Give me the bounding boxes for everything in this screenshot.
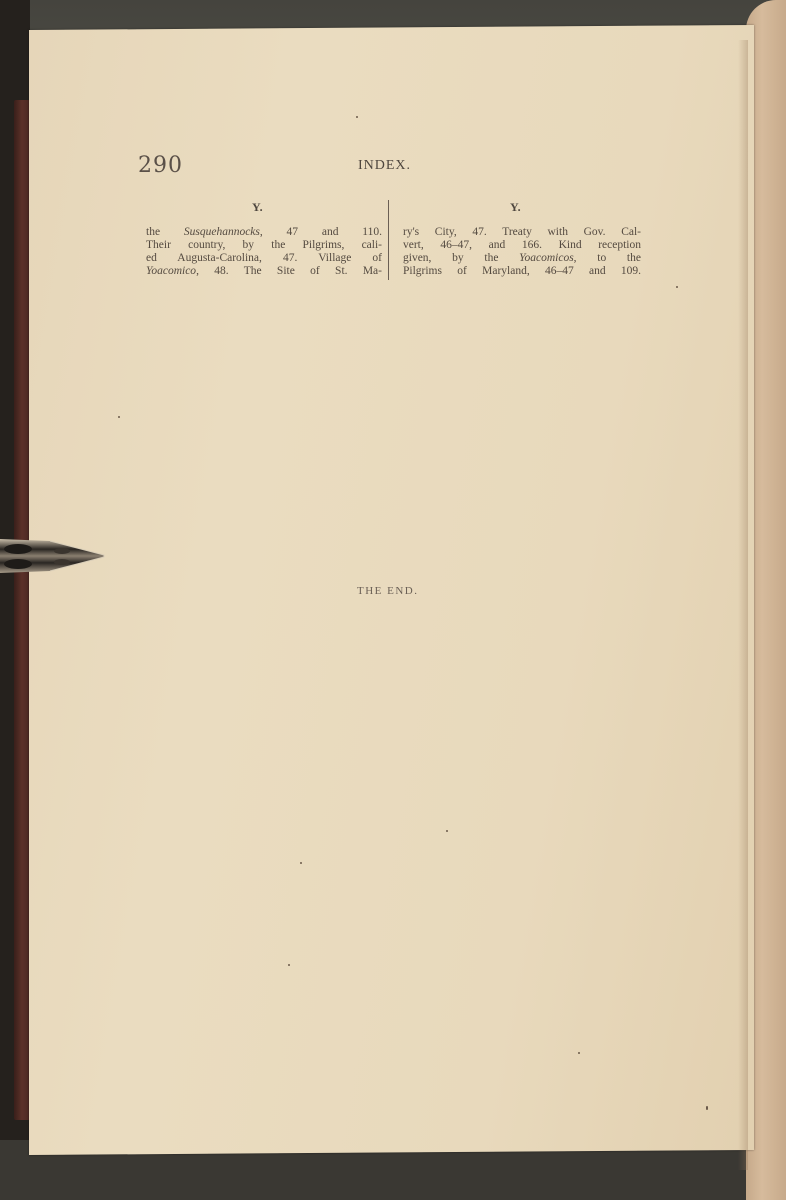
index-letter-right: Y. [510,200,521,215]
page-number: 290 [138,153,183,178]
index-column-left: the Susquehannocks, 47 and 110. Their co… [146,226,382,278]
index-line: Pilgrims of Maryland, 46–47 and 109. [403,265,641,278]
index-line: ed Augusta-Carolina, 47. Village of [146,252,382,265]
paper-speck [118,416,120,418]
index-line: Yoacomico, 48. The Site of St. Ma- [146,265,382,278]
index-line: given, by the Yoacomicos, to the [403,252,641,265]
index-line: Their country, by the Pilgrims, cali- [146,239,382,252]
index-letter-left: Y. [252,200,263,215]
paper-speck [578,1052,580,1054]
index-line: ry's City, 47. Treaty with Gov. Cal- [403,226,641,239]
pen-tip-pointer [0,535,106,577]
paper-speck [288,964,290,966]
paper-speck [356,116,358,118]
paper-speck [300,862,302,864]
index-column-right: ry's City, 47. Treaty with Gov. Cal- ver… [403,226,641,278]
paper-speck [706,1106,708,1110]
book-cover-edge [14,100,30,1120]
paper-speck [446,830,448,832]
column-divider [388,200,389,280]
page-gutter-shadow [738,40,748,1170]
running-head: INDEX. [358,158,411,174]
index-line: vert, 46–47, and 166. Kind reception [403,239,641,252]
index-line: the Susquehannocks, 47 and 110. [146,226,382,239]
the-end-text: THE END. [357,585,419,597]
paper-speck [676,286,678,288]
